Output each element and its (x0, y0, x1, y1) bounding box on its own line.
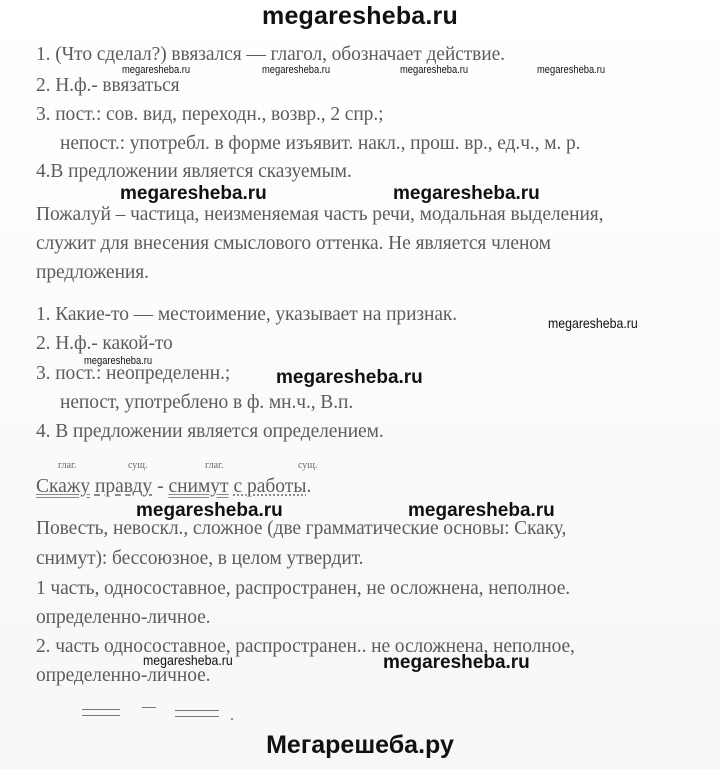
pos-label: глаг. (205, 460, 224, 471)
analysis-line: определенно-личное. (36, 607, 210, 629)
predicate-scheme-mark (175, 710, 219, 717)
analysis-line: непост, употреблено в ф. мн.ч., В.п. (60, 392, 353, 414)
analysis-line: 1. (Что сделал?) ввязался — глагол, обоз… (36, 44, 505, 66)
watermark: megaresheba.ru (262, 64, 330, 76)
analysis-line: снимут): бессоюзное, в целом утвердит. (36, 548, 363, 570)
sentence-scheme (80, 705, 240, 725)
document-page: megaresheba.ru 1. (Что сделал?) ввязался… (0, 0, 720, 769)
analysis-line: 3. пост.: неопределенн.; (36, 363, 230, 385)
watermark: megaresheba.ru (393, 183, 540, 205)
analysis-line: Повесть, невоскл., сложное (две граммати… (36, 518, 566, 540)
analysis-line: 4.В предложении является сказуемым. (36, 161, 352, 183)
period-scheme-mark (231, 718, 233, 720)
watermark: megaresheba.ru (383, 652, 530, 674)
adverbial-word: с работы (233, 476, 306, 497)
analysis-line: служит для внесения смыслового оттенка. … (36, 233, 551, 255)
dash-scheme-mark (142, 707, 156, 708)
analysis-line: 1 часть, односоставное, распространен, н… (36, 578, 570, 600)
analysis-line: определенно-личное. (36, 665, 210, 687)
analysis-line: 2. Н.ф.- ввязаться (36, 75, 180, 97)
analysis-line: 1. Какие-то — местоимение, указывает на … (36, 304, 457, 326)
predicate-word: снимут (168, 476, 228, 497)
predicate-word: Скажу (36, 476, 90, 497)
pos-label: сущ. (298, 460, 318, 471)
analysis-line: Пожалуй – частица, неизменяемая часть ре… (36, 204, 603, 226)
period: . (306, 476, 311, 497)
watermark: megaresheba.ru (120, 183, 267, 205)
pos-label: сущ. (128, 460, 148, 471)
analysis-line: предложения. (36, 262, 149, 284)
analysis-line: 3. пост.: сов. вид, переходн., возвр., 2… (36, 104, 383, 126)
site-brand-header[interactable]: megaresheba.ru (0, 2, 720, 31)
pos-label: глаг. (58, 460, 77, 471)
watermark: megaresheba.ru (276, 367, 423, 389)
watermark: megaresheba.ru (548, 315, 638, 331)
site-brand-footer[interactable]: Мегарешеба.ру (0, 731, 720, 760)
dash-separator: - (152, 476, 168, 497)
predicate-scheme-mark (82, 709, 120, 716)
watermark: megaresheba.ru (537, 64, 605, 76)
parsed-sentence: Скажу правду - снимут с работы. (36, 476, 311, 498)
object-word: правду (95, 476, 152, 497)
analysis-line: 2. Н.ф.- какой-то (36, 333, 173, 355)
analysis-line: непост.: употребл. в форме изъявит. накл… (60, 133, 580, 155)
watermark: megaresheba.ru (400, 64, 468, 76)
analysis-line: 4. В предложении является определением. (36, 421, 384, 443)
